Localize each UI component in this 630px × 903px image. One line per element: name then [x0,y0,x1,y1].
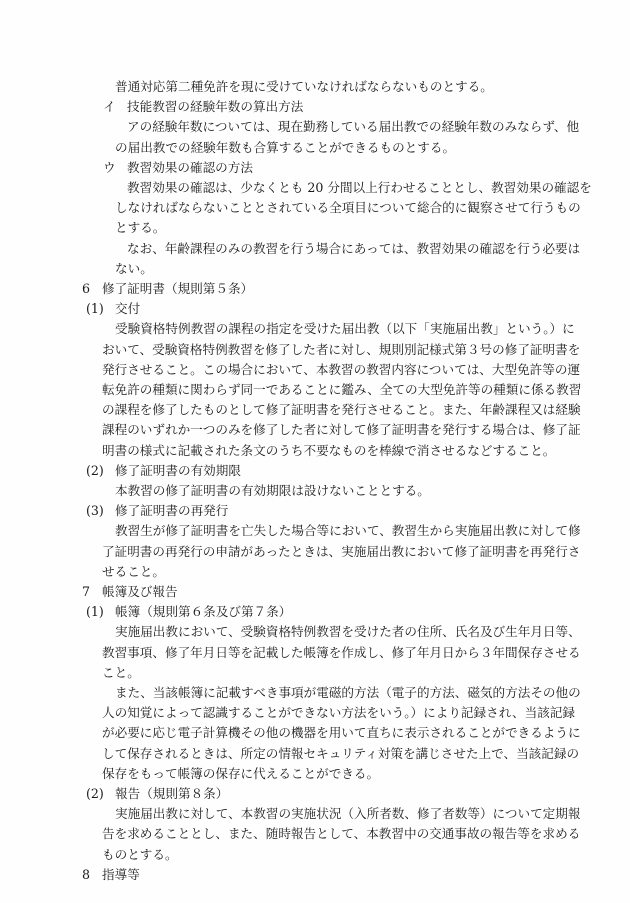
body-text-line: 保存をもって帳簿の保存に代えることができる。 [102,764,379,784]
body-text-line: 転免許の種類に関わらず同一であることに鑑み、全ての大型免許等の種類に係る教習 [102,380,545,400]
body-text-line: また、当該帳簿に記載すべき事項が電磁的方法（電子的方法、磁気的方法その他の [115,683,545,703]
body-text-line: 教習生が修了証明書を亡失した場合等において、教習生から実施届出教に対して修 [115,521,545,541]
section-heading: 帳簿及び報告 [102,582,178,602]
body-text-line: おいて、受験資格特例教習を修了した者に対し、規則別記様式第３号の修了証明書を [102,340,545,360]
section-heading: 交付 [115,299,140,319]
body-text-line: 明書の様式に記載された条文のうち不要なものを棒線で消させるなどすること。 [102,441,555,461]
body-text-line: アの経験年数については、現在勤務している届出教での経験年数のみならず、他 [127,117,545,137]
section-heading: 技能教習の経験年数の算出方法 [127,97,303,117]
section-marker: 6 [82,279,90,299]
section-marker: (3) [86,501,104,521]
body-text-line: なお、年齢課程のみの教習を行う場合にあっては、教習効果の確認を行う必要は [127,239,545,259]
section-heading: 指導等 [102,865,140,885]
section-heading: 修了証明書の有効期限 [115,461,241,481]
body-text-line: ない。 [115,259,153,279]
body-text-line: 課程のいずれか一つのみを修了した者に対して修了証明書を発行する場合は、修了証 [102,420,545,440]
body-text-line: せること。 [102,562,165,582]
section-heading: 報告（規則第８条） [115,784,228,804]
body-text-line: 告を求めることとし、また、随時報告として、本教習中の交通事故の報告等を求める [102,824,545,844]
section-marker: (1) [86,299,104,319]
body-text-line: 教習事項、修了年月日等を記載した帳簿を作成し、修了年月日から３年間保存させる [102,643,545,663]
body-text-line: ものとする。 [102,845,178,865]
section-heading: 修了証明書（規則第５条） [102,279,253,299]
section-heading: 教習効果の確認の方法 [127,158,253,178]
section-marker: (2) [86,784,104,804]
section-heading: 修了証明書の再発行 [115,501,228,521]
section-marker: イ [103,97,116,117]
section-marker: 8 [82,865,90,885]
section-marker: (2) [86,461,104,481]
body-text-line: が必要に応じ電子計算機その他の機器を用いて直ちに表示されることができるように [102,723,545,743]
section-marker: 7 [82,582,90,602]
section-heading: 帳簿（規則第６条及び第７条） [115,602,291,622]
body-text-line: して保存されるときは、所定の情報セキュリティ対策を講じさせた上で、当該記録の [102,744,545,764]
body-text-line: 実施届出教に対して、本教習の実施状況（入所者数、修了者数等）について定期報 [115,804,545,824]
body-text-line: こと。 [102,663,140,683]
body-text-line: 本教習の修了証明書の有効期限は設けないこととする。 [115,481,430,501]
body-text-line: 了証明書の再発行の申請があったときは、実施届出教において修了証明書を再発行さ [102,542,545,562]
body-text-line: しなければならないこととされている全項目について総合的に観察させて行うもの [115,198,545,218]
body-text-line: の課程を修了したものとして修了証明書を発行させること。また、年齢課程又は経験 [102,400,545,420]
document-page: 普通対応第二種免許を現に受けていなければならないものとする。イ技能教習の経験年数… [0,0,630,903]
section-marker: ウ [103,158,116,178]
section-marker: (1) [86,602,104,622]
body-text-line: 実施届出教において、受験資格特例教習を受けた者の住所、氏名及び生年月日等、 [115,622,545,642]
body-text-line: の届出教での経験年数も合算することができるものとする。 [115,138,455,158]
body-text-line: 教習効果の確認は、少なくとも 20 分間以上行わせることとし、教習効果の確認を [127,178,545,198]
body-text-line: 受験資格特例教習の課程の指定を受けた届出教（以下「実施届出教」という。）に [115,319,545,339]
body-text-line: とする。 [115,218,165,238]
body-text-line: 普通対応第二種免許を現に受けていなければならないものとする。 [115,77,493,97]
body-text-line: 発行させること。この場合において、本教習の教習内容については、大型免許等の運 [102,360,545,380]
body-text-line: 人の知覚によって認識することができない方法をいう。）により記録され、当該記録 [102,703,545,723]
